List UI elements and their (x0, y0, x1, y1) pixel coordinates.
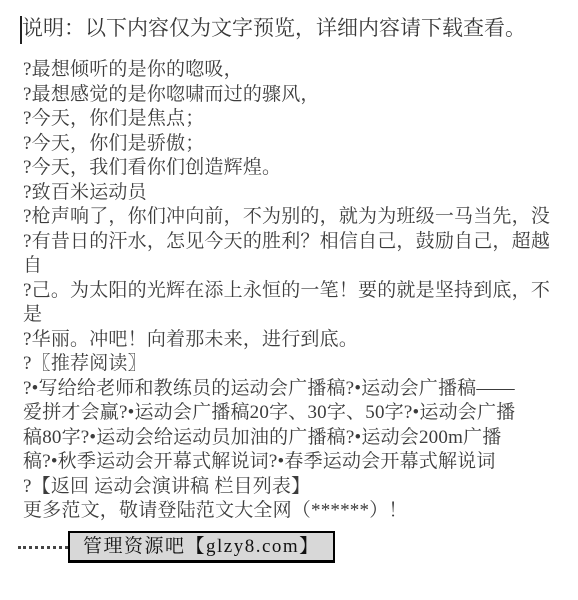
text-line: ?•写给给老师和教练员的运动会广播稿?•运动会广播稿—— (23, 377, 578, 402)
text-line: ?华丽。冲吧！向着那未来，进行到底。 (23, 328, 578, 353)
text-line: ?致百米运动员 (23, 181, 578, 206)
text-line: 爱拼才会赢?•运动会广播稿20字、30字、50字?•运动会广播 (23, 401, 578, 426)
watermark-row: 管理资源吧【glzy8.com】 (18, 531, 335, 563)
text-line: ?有昔日的汗水，怎见今天的胜利？相信自己，鼓励自己，超越 (23, 230, 578, 255)
text-line: 是 (23, 303, 578, 328)
text-line: ?最想感觉的是你唿啸而过的骤风， (23, 83, 578, 108)
text-line: ?己。为太阳的光辉在添上永恒的一笔！要的就是坚持到底，不 (23, 279, 578, 304)
text-line: ?〖推荐阅读〗 (23, 352, 578, 377)
preview-notice: 说明：以下内容仅为文字预览，详细内容请下载查看。 (22, 14, 526, 42)
text-line: ?今天，你们是骄傲； (23, 132, 578, 157)
document-preview-page: 说明：以下内容仅为文字预览，详细内容请下载查看。 ?最想倾听的是你的唿吸， ?最… (0, 0, 578, 600)
text-line: ?【返回 运动会演讲稿 栏目列表】 (23, 475, 578, 500)
text-line: ?最想倾听的是你的唿吸， (23, 58, 578, 83)
text-line: ?今天，你们是焦点； (23, 107, 578, 132)
preview-text-body: ?最想倾听的是你的唿吸， ?最想感觉的是你唿啸而过的骤风， ?今天，你们是焦点；… (23, 58, 578, 524)
text-line: ?今天，我们看你们创造辉煌。 (23, 156, 578, 181)
dotted-leader (18, 546, 68, 549)
text-line: 自 (23, 254, 578, 279)
text-line: 稿80字?•运动会给运动员加油的广播稿?•运动会200m广播 (23, 426, 578, 451)
text-line: ?枪声响了，你们冲向前，不为别的，就为为班级一马当先，没 (23, 205, 578, 230)
text-line: 稿?•秋季运动会开幕式解说词?•春季运动会开幕式解说词 (23, 450, 578, 475)
site-badge[interactable]: 管理资源吧【glzy8.com】 (68, 531, 335, 563)
text-line: 更多范文，敬请登陆范文大全网（******）！ (23, 499, 578, 524)
